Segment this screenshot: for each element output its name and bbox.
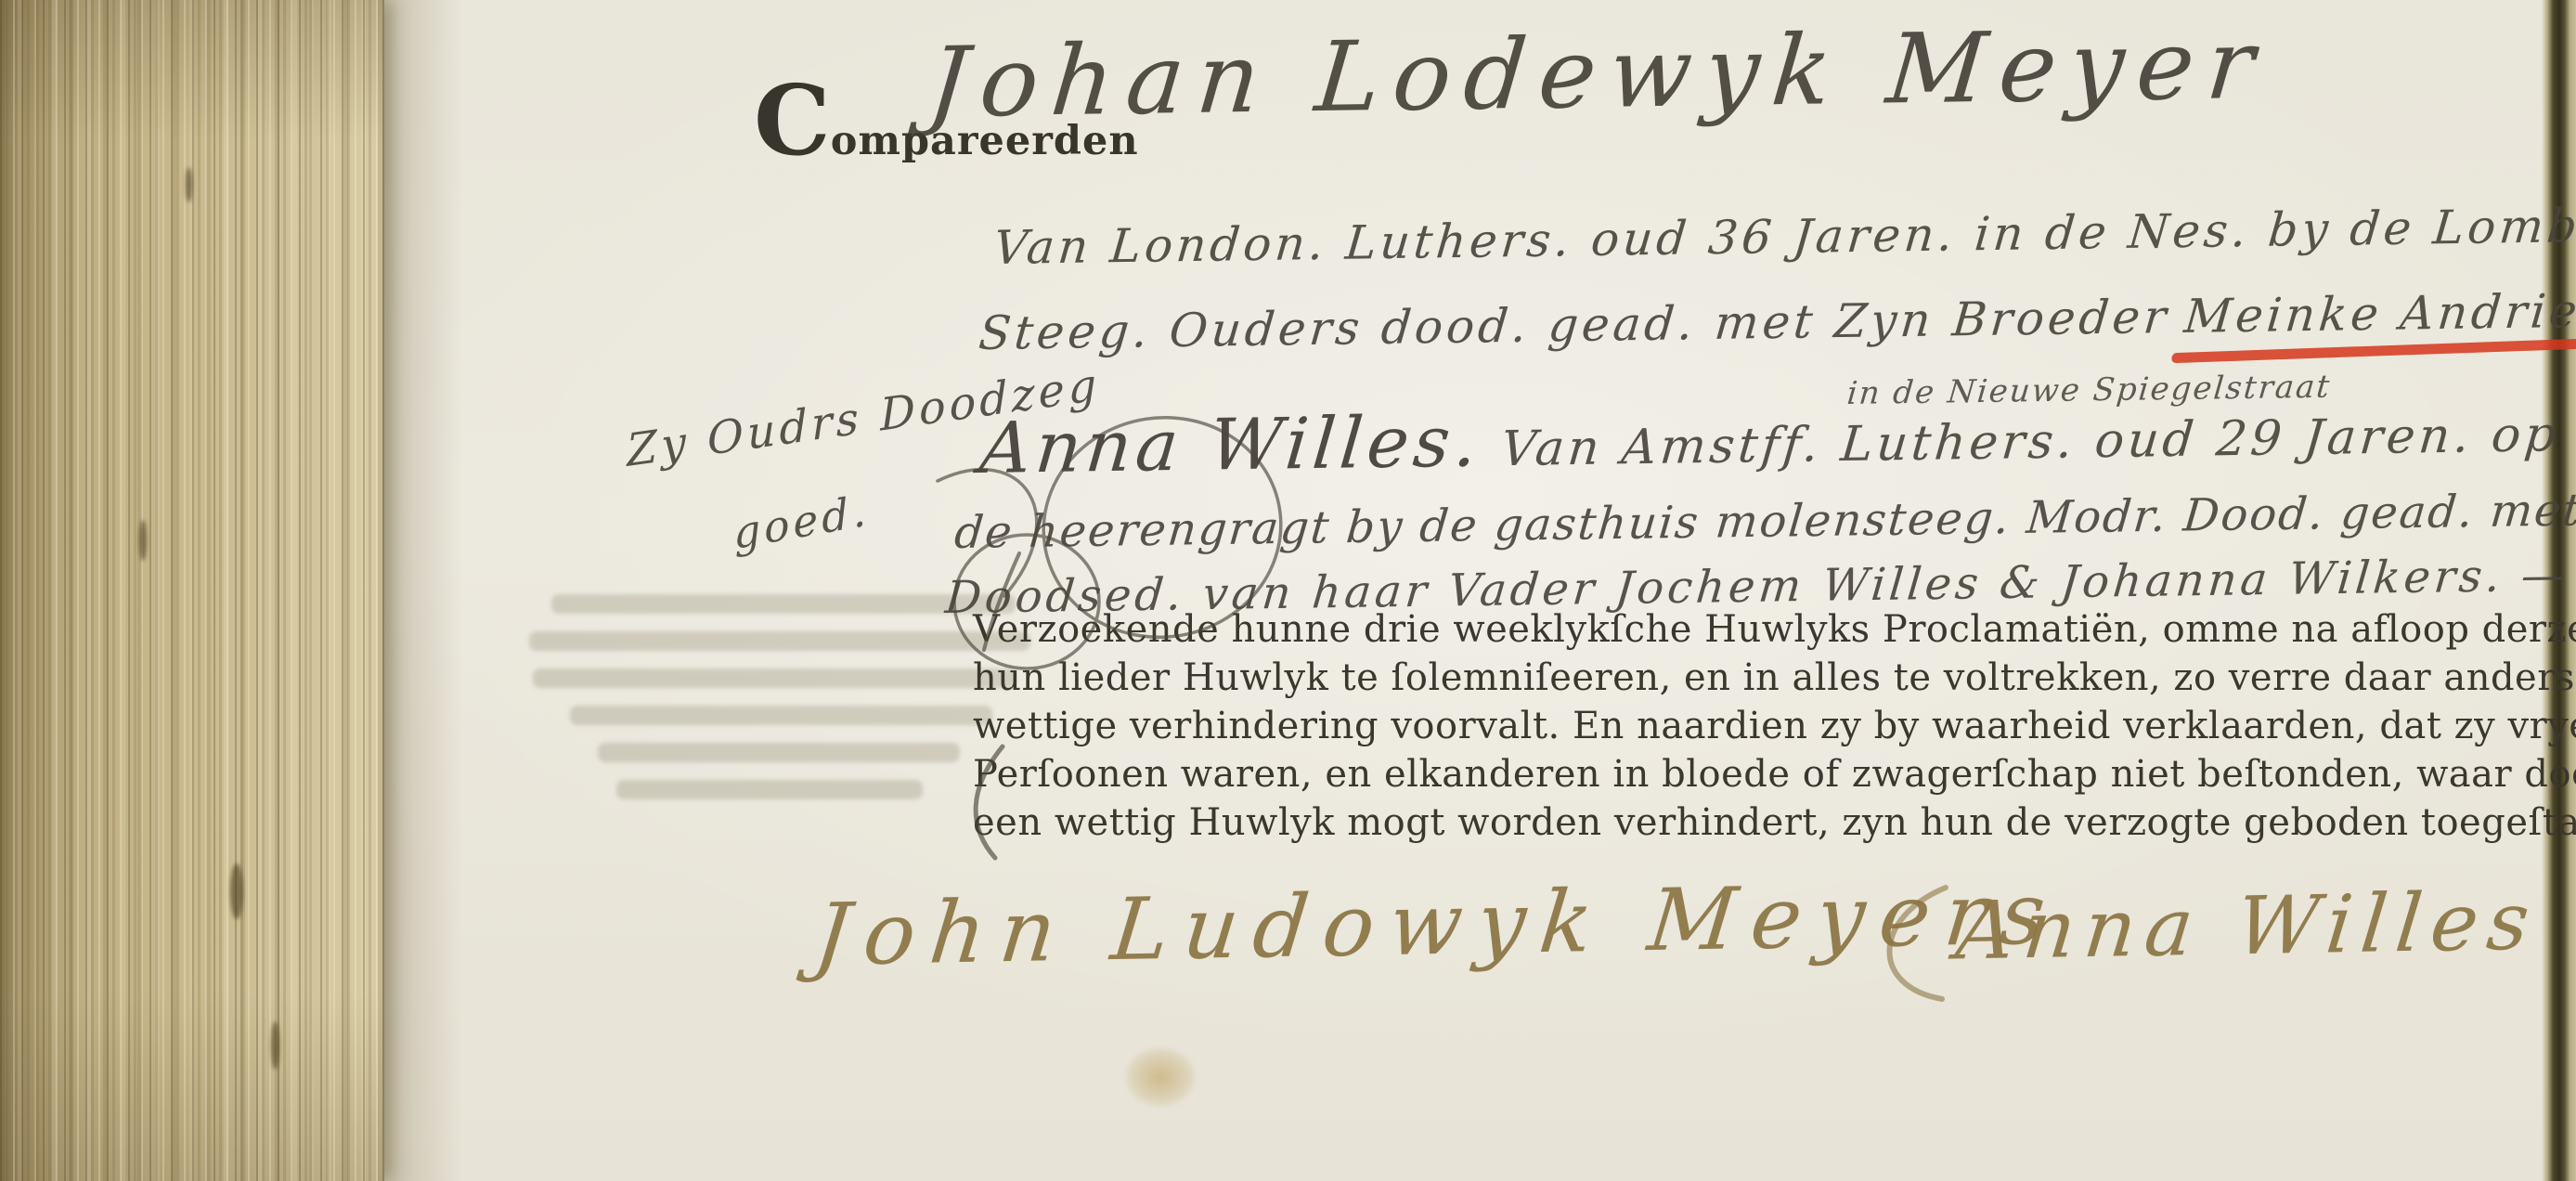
paragraph-line-text: Perſoonen waren, en elkanderen in bloede… bbox=[973, 750, 2576, 798]
paragraph-line-text: wettige verhindering voorvalt. En naardi… bbox=[973, 702, 2576, 750]
book-page-edges bbox=[0, 0, 384, 1181]
paragraph-line-text: een wettig Huwlyk mogt worden verhindert… bbox=[973, 798, 2576, 847]
printed-paragraph-line: hun lieder Huwlyk te ſolemniſeeren, en i… bbox=[973, 654, 2545, 702]
bleedthrough-line bbox=[570, 706, 992, 725]
bride-details-line-1-rest: Van Amstff. Luthers. oud 29 Jaren. op bbox=[1498, 407, 2561, 477]
edge-knot bbox=[230, 863, 243, 919]
bleedthrough-text-block bbox=[518, 594, 1038, 817]
drop-cap: C bbox=[754, 72, 831, 169]
edge-knot bbox=[186, 167, 192, 202]
edge-knot bbox=[139, 520, 147, 561]
highlighted-brother-name: Meinke Andries Meyer bbox=[2182, 281, 2576, 344]
printed-paragraph: Verzoekende hunne drie weeklykſche Huwly… bbox=[973, 605, 2545, 847]
paragraph-line-text: Verzoekende hunne drie weeklykſche Huwly… bbox=[973, 605, 2576, 654]
edge-knot bbox=[271, 1021, 279, 1070]
paper-stain bbox=[1125, 1047, 1196, 1107]
printed-paragraph-line: Perſoonen waren, en elkanderen in bloede… bbox=[973, 750, 2545, 798]
bleedthrough-line bbox=[616, 780, 923, 799]
printed-paragraph-line: wettige verhindering voorvalt. En naardi… bbox=[973, 702, 2545, 750]
bleedthrough-line bbox=[533, 668, 1016, 688]
printed-paragraph-line: Verzoekende hunne drie weeklykſche Huwly… bbox=[973, 605, 2545, 654]
brother-name-text: Meinke Andries Meyer bbox=[2182, 281, 2576, 344]
bride-name-handwritten: Anna Willes. bbox=[977, 399, 1485, 489]
bleedthrough-line bbox=[529, 631, 1030, 651]
bleedthrough-line bbox=[598, 743, 960, 762]
groom-name-handwritten: Johan Lodewyk Meyer bbox=[924, 7, 2272, 139]
printed-paragraph-line: een wettig Huwlyk mogt worden verhindert… bbox=[973, 798, 2545, 847]
bride-signature: Anna Willes bbox=[1952, 875, 2543, 978]
register-page-scan: Compareerden Johan Lodewyk Meyer Van Lon… bbox=[0, 0, 2576, 1181]
paragraph-line-text: hun lieder Huwlyk te ſolemniſeeren, en i… bbox=[973, 654, 2576, 702]
gutter-shadow bbox=[379, 0, 462, 1181]
